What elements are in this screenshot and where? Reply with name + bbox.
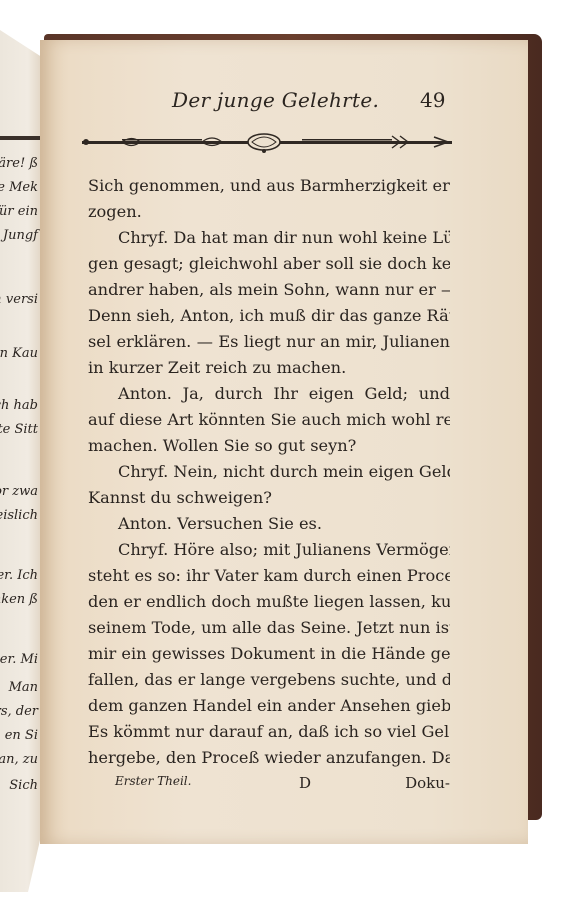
- text-line: hergebe, den Proceß wieder anzufangen. D…: [88, 745, 450, 771]
- text-line: sel erklären. — Es liegt nur an mir, Jul…: [88, 329, 450, 355]
- decorative-rule-ornament: [82, 132, 452, 154]
- text-line: gen gesagt; gleichwohl aber soll sie doc…: [88, 251, 450, 277]
- page-number: 49: [420, 88, 445, 112]
- running-head: Der junge Gelehrte.: [172, 88, 379, 112]
- left-page-fragment: voor zwa: [0, 484, 38, 499]
- text-line: Es kömmt nur darauf an, daß ich so viel …: [88, 719, 450, 745]
- left-page-fragment: t weislich: [0, 508, 38, 523]
- text-line: Anton. Versuchen Sie es.: [88, 511, 450, 537]
- text-line: machen. Wollen Sie so gut seyn?: [88, 433, 450, 459]
- text-line: Chryf. Höre also; mit Julianens Vermögen: [88, 537, 450, 563]
- text-line: dem ganzen Handel ein ander Ansehen gieb…: [88, 693, 450, 719]
- left-page-fragment: te Sitt: [0, 422, 38, 437]
- page-body-text: Sich genommen, und aus Barmherzigkeit er…: [88, 173, 450, 771]
- text-line: Kannst du schweigen?: [88, 485, 450, 511]
- left-page-fragment: anken ß: [0, 592, 38, 607]
- signature-title: Erster Theil.: [115, 774, 191, 788]
- left-page-fragment: ich versi: [0, 292, 38, 307]
- left-page-fragment: rs für ein: [0, 204, 38, 219]
- left-page-fragment: Ich hab: [0, 398, 38, 413]
- catchword: Doku-: [405, 774, 450, 792]
- text-line: steht es so: ihr Vater kam durch einen P…: [88, 563, 450, 589]
- left-page-fragment: die Mek: [0, 180, 38, 195]
- text-line: Sich genommen, und aus Barmherzigkeit er…: [88, 173, 450, 199]
- left-page-fragment: ers, der: [0, 704, 38, 719]
- text-line: Denn sieh, Anton, ich muß dir das ganze …: [88, 303, 450, 329]
- text-line: andrer haben, als mein Sohn, wann nur er…: [88, 277, 450, 303]
- text-line: seinem Tode, um alle das Seine. Jetzt nu…: [88, 615, 450, 641]
- text-line: mir ein gewisses Dokument in die Hände g…: [88, 641, 450, 667]
- text-line: zogen.: [88, 199, 450, 225]
- left-page-fragment: er Jungf: [0, 228, 38, 243]
- text-line: den er endlich doch mußte liegen lassen,…: [88, 589, 450, 615]
- left-page-fragment: en Si: [5, 728, 38, 743]
- left-page-fragment: ner. Ich: [0, 568, 38, 583]
- book-page-left-leaf: wäre! ßdie Mekrs für einer Jungfich vers…: [0, 30, 40, 892]
- text-line: in kurzer Zeit reich zu machen.: [88, 355, 450, 381]
- left-page-fragment: an, zu: [0, 752, 38, 767]
- text-line: Anton. Ja, durch Ihr eigen Geld; und: [88, 381, 450, 407]
- left-page-ornament-rule: [0, 136, 40, 140]
- page-footer: Erster Theil. D Doku-: [115, 774, 450, 798]
- left-page-fragment: ein Kau: [0, 346, 38, 361]
- left-page-fragment: er. Mi: [0, 652, 38, 667]
- left-page-fragment: wäre! ß: [0, 156, 38, 171]
- left-page-fragment: Sich: [9, 778, 38, 793]
- signature-mark: D: [299, 774, 311, 792]
- text-line: Chryf. Da hat man dir nun wohl keine Lü-: [88, 225, 450, 251]
- text-line: Chryf. Nein, nicht durch mein eigen Geld…: [88, 459, 450, 485]
- text-line: auf diese Art könnten Sie auch mich wohl…: [88, 407, 450, 433]
- left-page-fragment: Man: [9, 680, 38, 695]
- text-line: fallen, das er lange vergebens suchte, u…: [88, 667, 450, 693]
